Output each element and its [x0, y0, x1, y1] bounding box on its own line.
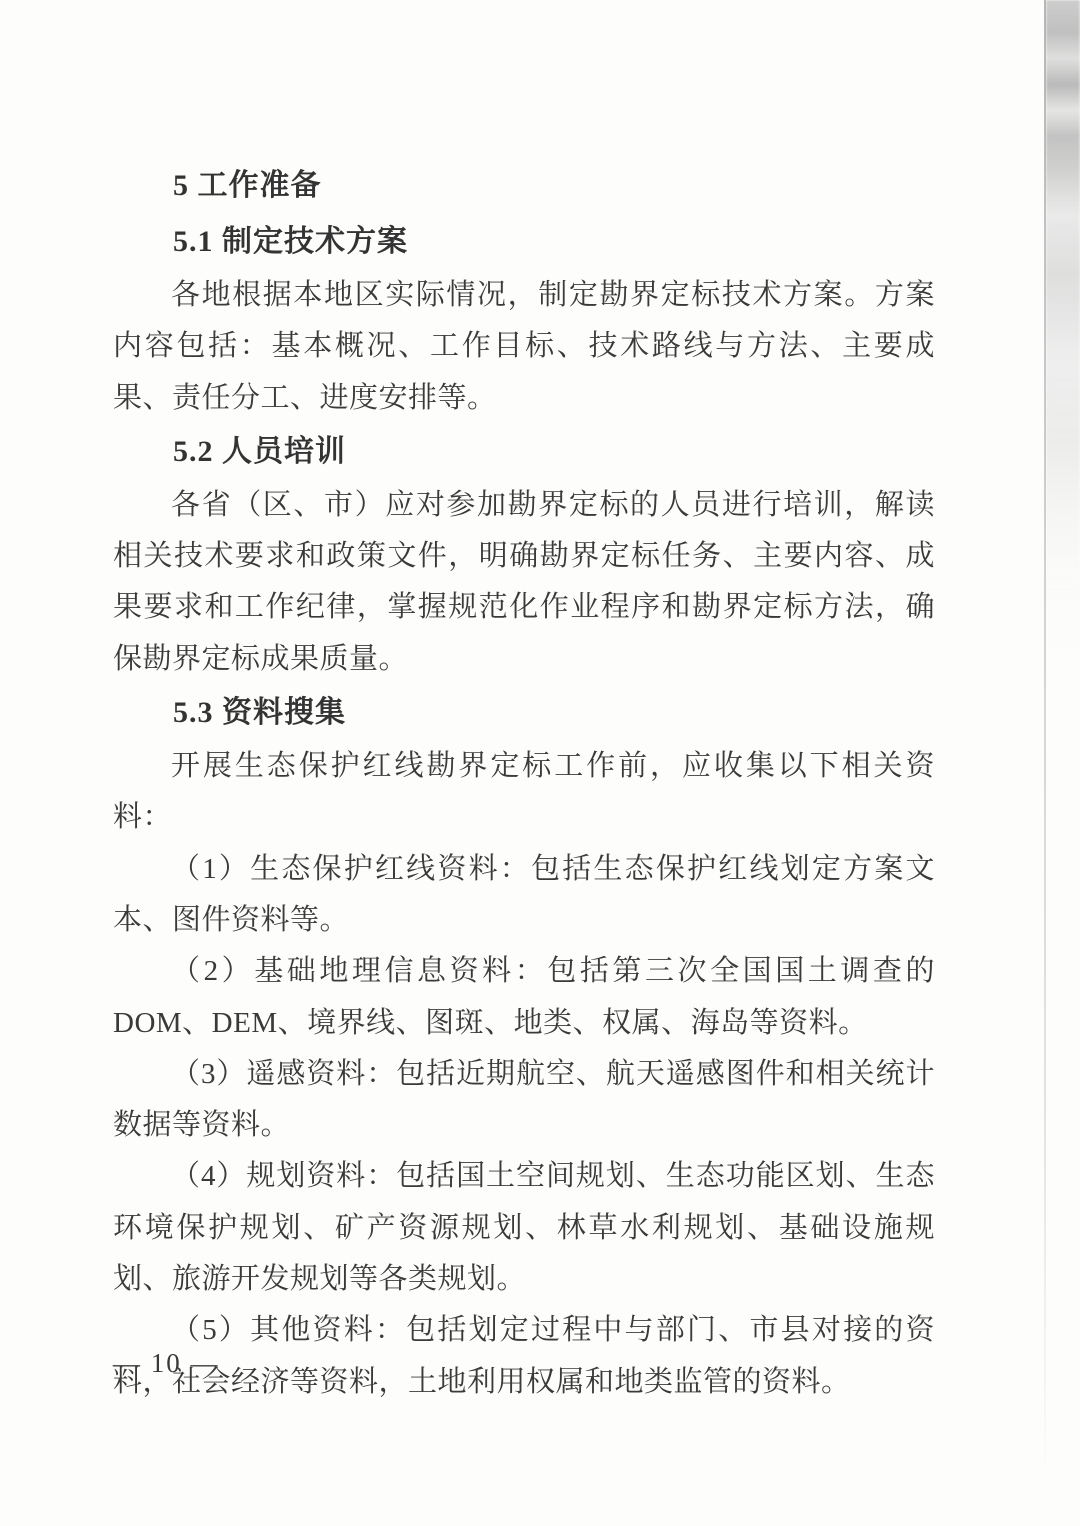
subsection-heading-5-3: 5.3 资料搜集 [113, 685, 935, 741]
section-heading-5: 5 工作准备 [113, 158, 935, 214]
paragraph-5-3-intro: 开展生态保护红线勘界定标工作前，应收集以下相关资料： [113, 741, 935, 844]
paragraph-5-2: 各省（区、市）应对参加勘界定标的人员进行培训，解读相关技术要求和政策文件，明确勘… [113, 480, 935, 685]
subsection-heading-5-2: 5.2 人员培训 [113, 424, 935, 480]
subsection-heading-5-1: 5.1 制定技术方案 [113, 214, 935, 270]
list-item-4: （4）规划资料：包括国土空间规划、生态功能区划、生态环境保护规划、矿产资源规划、… [113, 1151, 935, 1305]
page-number: — 10 — [113, 1348, 220, 1379]
page-edge-line [1044, 0, 1046, 1480]
document-content: 5 工作准备 5.1 制定技术方案 各地根据本地区实际情况，制定勘界定标技术方案… [113, 0, 935, 1408]
scan-edge-shadow [1046, 0, 1080, 650]
document-page: 5 工作准备 5.1 制定技术方案 各地根据本地区实际情况，制定勘界定标技术方案… [0, 0, 1080, 1526]
list-item-1: （1）生态保护红线资料：包括生态保护红线划定方案文本、图件资料等。 [113, 844, 935, 947]
list-item-2: （2）基础地理信息资料：包括第三次全国国土调查的 DOM、DEM、境界线、图斑、… [113, 946, 935, 1049]
paragraph-5-1: 各地根据本地区实际情况，制定勘界定标技术方案。方案内容包括：基本概况、工作目标、… [113, 270, 935, 424]
list-item-5: （5）其他资料：包括划定过程中与部门、市县对接的资料，社会经济等资料，土地利用权… [113, 1305, 935, 1408]
list-item-3: （3）遥感资料：包括近期航空、航天遥感图件和相关统计数据等资料。 [113, 1049, 935, 1152]
